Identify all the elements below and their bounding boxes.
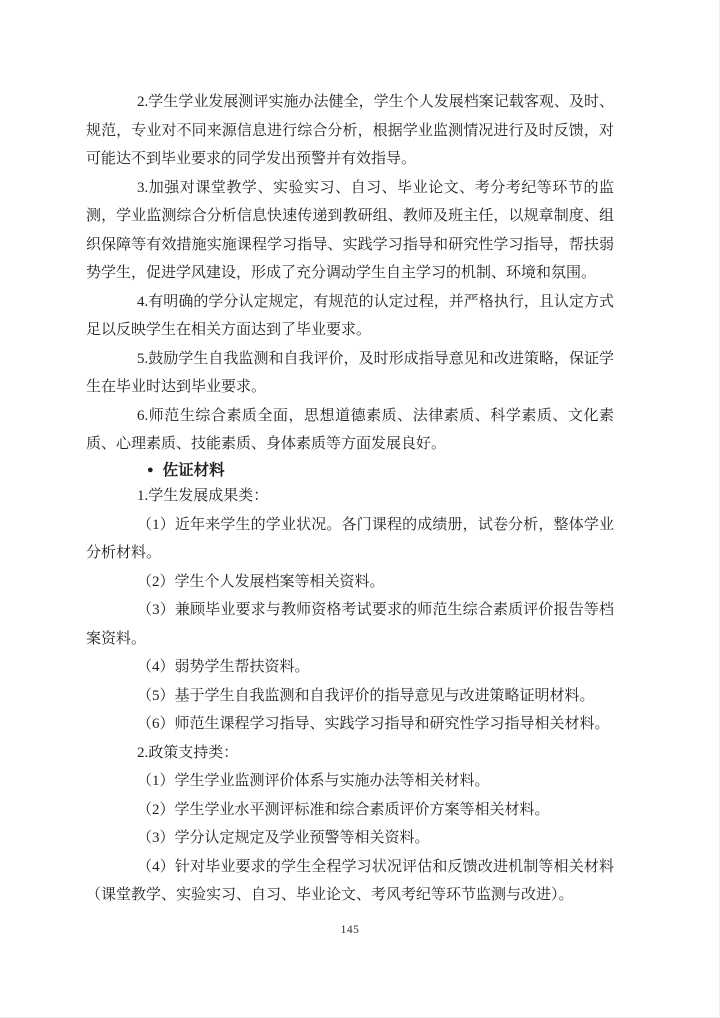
evidence-materials-heading-label: 佐证材料 [163,462,225,479]
numbered-paragraph-5: 5.鼓励学生自我监测和自我评价，及时形成指导意见和改进策略，保证学生在毕业时达到… [86,345,614,402]
evidence-item: （1）学生学业监测评价体系与实施办法等相关材料。 [86,767,614,796]
numbered-paragraph-2: 2.学生学业发展测评实施办法健全，学生个人发展档案记载客观、及时、规范，专业对不… [86,88,614,174]
evidence-materials-heading: ●佐证材料 [86,459,614,483]
evidence-item: （6）师范生课程学习指导、实践学习指导和研究性学习指导相关材料。 [86,710,614,739]
page-body: 2.学生学业发展测评实施办法健全，学生个人发展档案记载客观、及时、规范，专业对不… [86,88,614,910]
group-title-student-outcomes: 1.学生发展成果类： [86,482,614,511]
numbered-paragraph-4: 4.有明确的学分认定规定，有规范的认定过程，并严格执行，且认定方式足以反映学生在… [86,288,614,345]
page-number: 145 [86,924,614,936]
evidence-item: （2）学生个人发展档案等相关资料。 [86,568,614,597]
group-title-policy-support: 2.政策支持类： [86,739,614,768]
evidence-item: （2）学生学业水平测评标准和综合素质评价方案等相关材料。 [86,796,614,825]
evidence-item: （5）基于学生自我监测和自我评价的指导意见与改进策略证明材料。 [86,682,614,711]
evidence-item: （4）弱势学生帮扶资料。 [86,653,614,682]
evidence-item: （1）近年来学生的学业状况。各门课程的成绩册，试卷分析，整体学业分析材料。 [86,511,614,568]
numbered-paragraph-6: 6.师范生综合素质全面，思想道德素质、法律素质、科学素质、文化素质、心理素质、技… [86,402,614,459]
evidence-item: （3）兼顾毕业要求与教师资格考试要求的师范生综合素质评价报告等档案资料。 [86,596,614,653]
document-page: 2.学生学业发展测评实施办法健全，学生个人发展档案记载客观、及时、规范，专业对不… [0,0,720,1018]
bullet-icon: ● [147,464,154,476]
evidence-item: （4）针对毕业要求的学生全程学习状况评估和反馈改进机制等相关材料（课堂教学、实验… [86,853,614,910]
evidence-item: （3）学分认定规定及学业预警等相关资料。 [86,824,614,853]
numbered-paragraph-3: 3.加强对课堂教学、实验实习、自习、毕业论文、考分考纪等环节的监测，学业监测综合… [86,174,614,288]
